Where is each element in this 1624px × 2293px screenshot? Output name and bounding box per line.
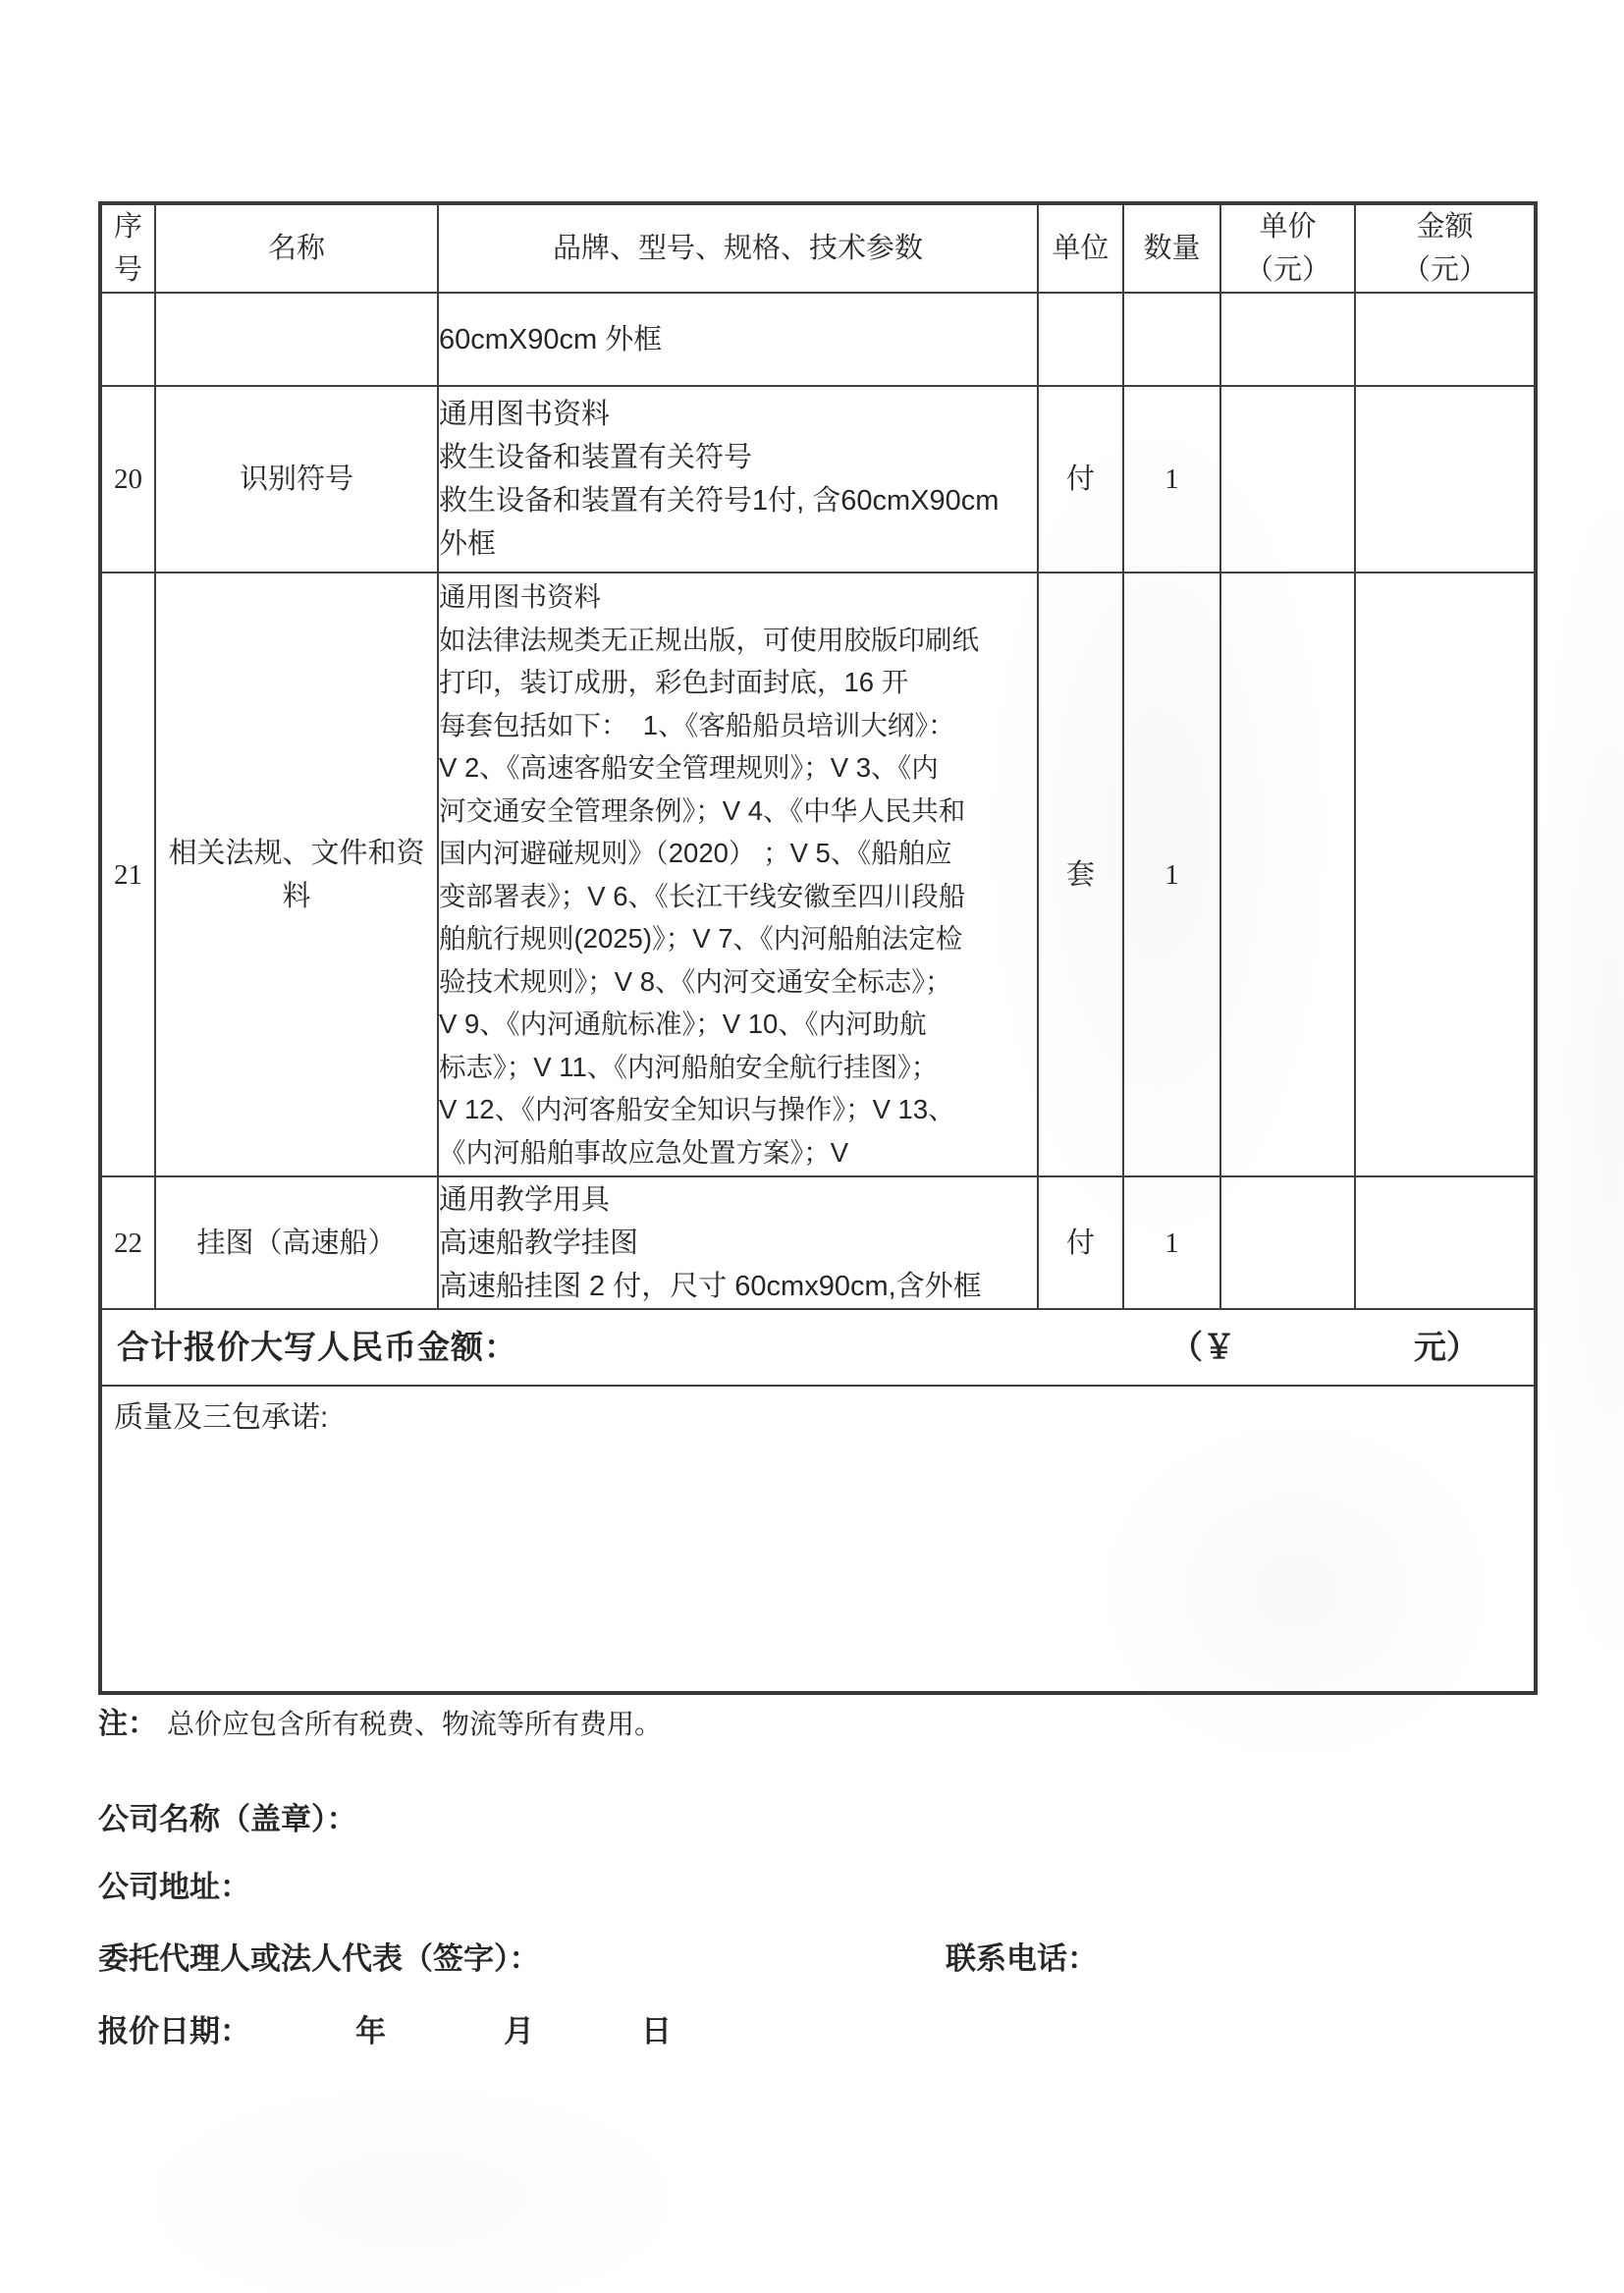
cell-unit: 付 [1038, 1176, 1123, 1309]
company-name-label: 公司名称（盖章）： [98, 1802, 357, 1836]
cell-unit-price [1220, 1176, 1355, 1309]
quality-commitment-cell: 质量及三包承诺: [100, 1386, 1536, 1693]
cell-name: 相关法规、文件和资料 [155, 573, 438, 1176]
quotation-table: 序 号 名称 品牌、型号、规格、技术参数 单位 数量 单价 （元） 金额 （元）… [98, 201, 1538, 1695]
total-cell: 合计报价大写人民币金额： （￥ 元） [100, 1309, 1536, 1386]
cell-amount [1355, 573, 1536, 1176]
cell-qty: 1 [1123, 386, 1220, 573]
table-row-19-continuation: 60cmX90cm 外框 [100, 293, 1536, 386]
quote-date-label: 报价日期： [98, 2014, 250, 2048]
header-cell-unit-price: 单价 （元） [1220, 203, 1355, 293]
cell-spec: 通用图书资料 如法律法规类无正规出版，可使用胶版印刷纸 打印，装订成册，彩色封面… [438, 573, 1038, 1176]
cell-no: 20 [100, 386, 155, 573]
cell-unit [1038, 293, 1123, 386]
cell-name: 挂图（高速船） [155, 1176, 438, 1309]
total-row: 合计报价大写人民币金额： （￥ 元） [100, 1309, 1536, 1386]
table-row-21: 21 相关法规、文件和资料 通用图书资料 如法律法规类无正规出版，可使用胶版印刷… [100, 573, 1536, 1176]
cell-no: 22 [100, 1176, 155, 1309]
header-cell-no: 序 号 [100, 203, 155, 293]
cell-spec: 通用图书资料 救生设备和装置有关符号 救生设备和装置有关符号1付, 含60cmX… [438, 386, 1038, 573]
header-cell-spec: 品牌、型号、规格、技术参数 [438, 203, 1038, 293]
company-address-line: 公司地址： [98, 1867, 1532, 1908]
cell-spec: 60cmX90cm 外框 [438, 293, 1038, 386]
total-currency-close: 元） [1414, 1326, 1479, 1369]
day-label: 日 [641, 2011, 672, 2052]
cell-qty [1123, 293, 1220, 386]
cell-name [155, 293, 438, 386]
contact-phone-label: 联系电话： [946, 1938, 1098, 1980]
header-cell-name: 名称 [155, 203, 438, 293]
cell-name: 识别符号 [155, 386, 438, 573]
quality-commitment-label: 质量及三包承诺: [102, 1387, 1534, 1449]
cell-no [100, 293, 155, 386]
cell-amount [1355, 386, 1536, 573]
total-currency-open: （￥ [1170, 1326, 1235, 1369]
month-label: 月 [504, 2011, 534, 2052]
table-row-22: 22 挂图（高速船） 通用教学用具 高速船教学挂图 高速船挂图 2 付，尺寸 6… [100, 1176, 1536, 1309]
table-row-20: 20 识别符号 通用图书资料 救生设备和装置有关符号 救生设备和装置有关符号1付… [100, 386, 1536, 573]
cell-unit-price [1220, 293, 1355, 386]
header-cell-unit: 单位 [1038, 203, 1123, 293]
agent-signature-line: 委托代理人或法人代表（签字）： 联系电话： [98, 1938, 1532, 1980]
cell-amount [1355, 293, 1536, 386]
company-name-line: 公司名称（盖章）： [98, 1799, 1532, 1840]
note-text: 总价应包含所有税费、物流等所有费用。 [167, 1710, 662, 1740]
company-address-label: 公司地址： [98, 1870, 250, 1904]
document-page: 序 号 名称 品牌、型号、规格、技术参数 单位 数量 单价 （元） 金额 （元）… [0, 0, 1624, 2293]
table-header-row: 序 号 名称 品牌、型号、规格、技术参数 单位 数量 单价 （元） 金额 （元） [100, 203, 1536, 293]
note-line: 注：总价应包含所有税费、物流等所有费用。 [98, 1705, 662, 1745]
cell-no: 21 [100, 573, 155, 1176]
cell-unit-price [1220, 573, 1355, 1176]
cell-amount [1355, 1176, 1536, 1309]
quote-date-line: 报价日期： 年 月 日 [98, 2011, 1532, 2052]
agent-label: 委托代理人或法人代表（签字）： [98, 1941, 540, 1976]
year-label: 年 [355, 2011, 386, 2052]
cell-spec: 通用教学用具 高速船教学挂图 高速船挂图 2 付，尺寸 60cmx90cm,含外… [438, 1176, 1038, 1309]
cell-unit: 套 [1038, 573, 1123, 1176]
quality-commitment-row: 质量及三包承诺: [100, 1386, 1536, 1693]
header-cell-amount: 金额 （元） [1355, 203, 1536, 293]
note-prefix: 注： [98, 1708, 157, 1740]
cell-unit: 付 [1038, 386, 1123, 573]
cell-qty: 1 [1123, 573, 1220, 1176]
cell-unit-price [1220, 386, 1355, 573]
header-cell-qty: 数量 [1123, 203, 1220, 293]
total-amount-label: 合计报价大写人民币金额： [117, 1326, 517, 1369]
cell-qty: 1 [1123, 1176, 1220, 1309]
